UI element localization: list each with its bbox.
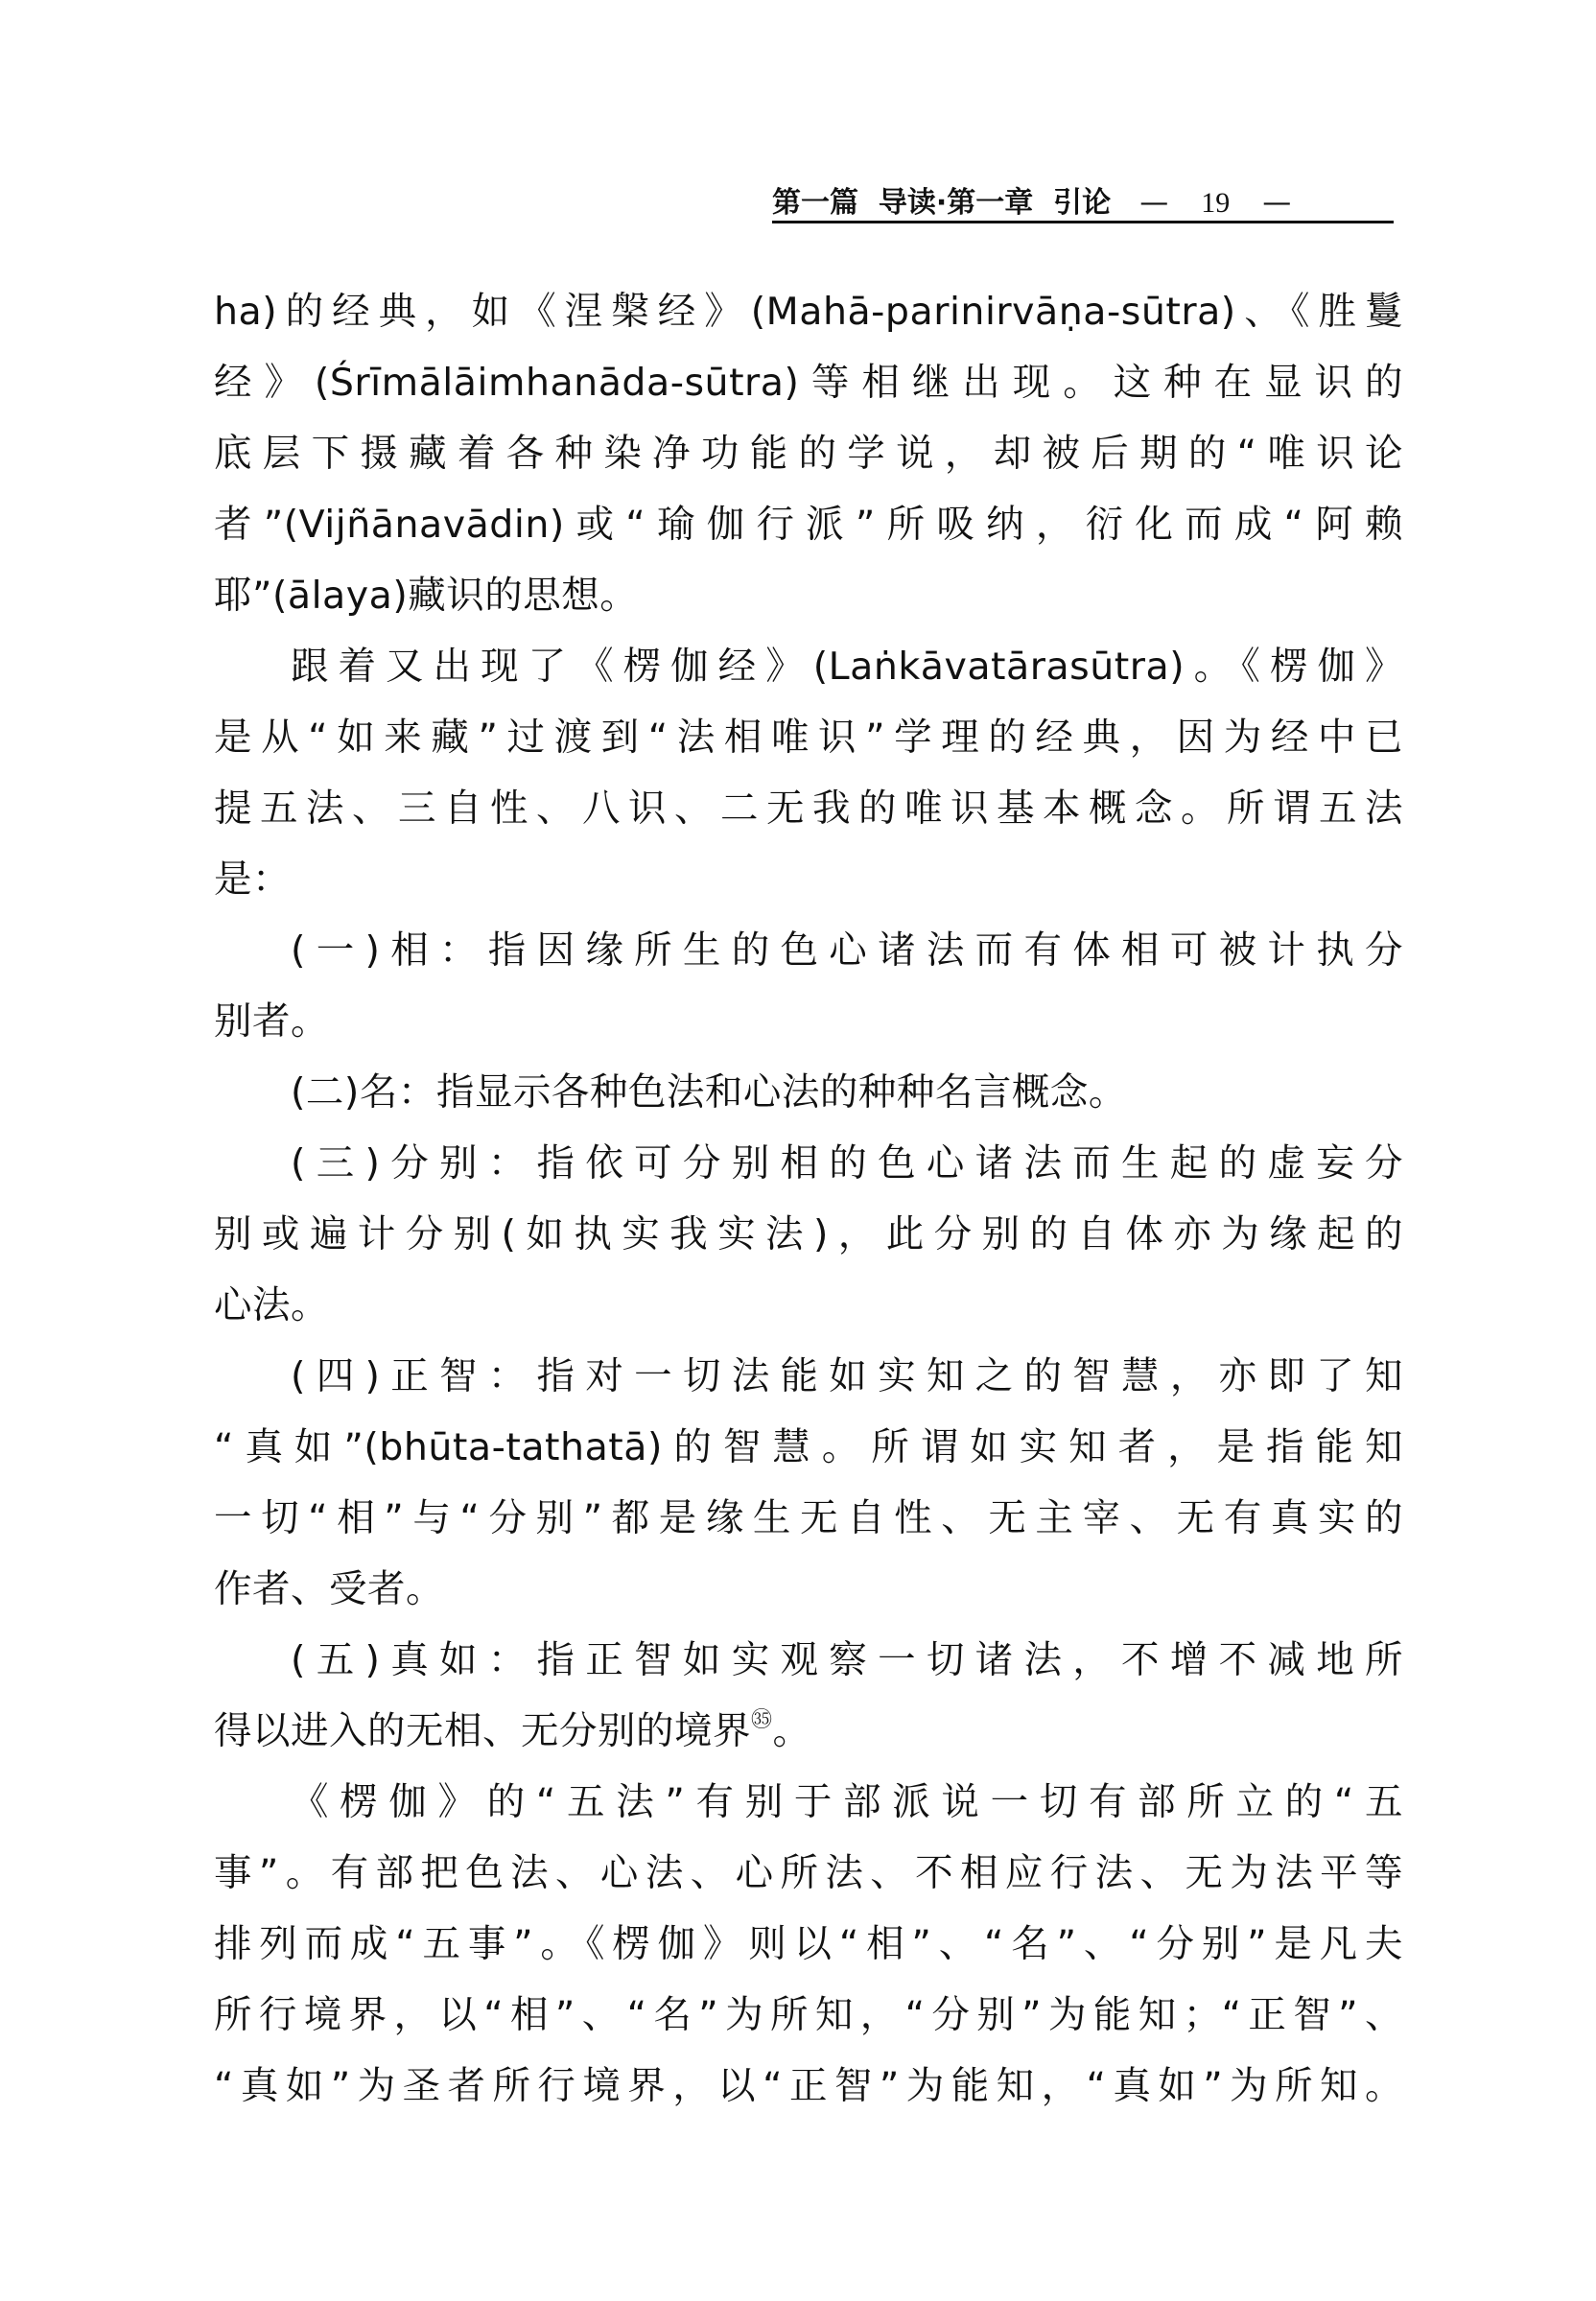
paragraph-lankavatara: 跟着又出现了《楞伽经》(Laṅkāvatārasūtra)。《楞伽》 是从“如来…	[214, 631, 1403, 915]
paragraph-five-dharmas-vs-five-things: 《楞伽》的“五法”有别于部派说一切有部所立的“五 事”。有部把色法、心法、心所法…	[214, 1767, 1403, 2122]
text-line: 作者、受者。	[214, 1554, 1403, 1625]
text-line: 跟着又出现了《楞伽经》(Laṅkāvatārasūtra)。《楞伽》	[214, 631, 1403, 702]
page-number-dash-right: —	[1262, 186, 1291, 221]
text-line: 是：	[214, 844, 1403, 915]
text-line: (一)相：指因缘所生的色心诸法而有体相可被计执分	[214, 915, 1403, 986]
list-item-ming: (二)名：指显示各种色法和心法的种种名言概念。	[214, 1057, 1403, 1128]
paragraph-alaya: ha)的经典，如《涅槃经》(Mahā-parinirvāṇa-sūtra)、《胜…	[214, 276, 1403, 631]
text-line: 底层下摄藏着各种染净功能的学说，却被后期的“唯识论	[214, 418, 1403, 489]
page-number-dash-left: —	[1139, 186, 1168, 221]
text-line: 别或遍计分别(如执实我实法)，此分别的自体亦为缘起的	[214, 1199, 1403, 1270]
text-line: 提五法、三自性、八识、二无我的唯识基本概念。所谓五法	[214, 773, 1403, 844]
chapter-title: 第一篇 导读·第一章 引论	[772, 186, 1111, 221]
text-line: 经》(Śrīmālāimhanāda-sūtra)等相继出现。这种在显识的	[214, 347, 1403, 418]
text-line: (三)分别：指依可分别相的色心诸法而生起的虚妄分	[214, 1128, 1403, 1199]
text-line: (二)名：指显示各种色法和心法的种种名言概念。	[214, 1057, 1403, 1128]
text-line: 事”。有部把色法、心法、心所法、不相应行法、无为法平等	[214, 1838, 1403, 1909]
list-item-fenbie: (三)分别：指依可分别相的色心诸法而生起的虚妄分 别或遍计分别(如执实我实法)，…	[214, 1128, 1403, 1341]
text-line: 得以进入的无相、无分别的境界㉟。	[214, 1696, 1403, 1767]
list-item-zhenru: (五)真如：指正智如实观察一切诸法，不增不减地所 得以进入的无相、无分别的境界㉟…	[214, 1625, 1403, 1767]
footnote-marker-35[interactable]: ㉟	[751, 1708, 773, 1732]
text-line: (四)正智：指对一切法能如实知之的智慧，亦即了知	[214, 1341, 1403, 1412]
text-line: 排列而成“五事”。《楞伽》则以“相”、“名”、“分别”是凡夫	[214, 1909, 1403, 1980]
text-line: “真如”为圣者所行境界，以“正智”为能知，“真如”为所知。	[214, 2051, 1403, 2122]
text-line: 是从“如来藏”过渡到“法相唯识”学理的经典，因为经中已	[214, 702, 1403, 773]
text-line: 一切“相”与“分别”都是缘生无自性、无主宰、无有真实的	[214, 1483, 1403, 1554]
list-item-zhengzhi: (四)正智：指对一切法能如实知之的智慧，亦即了知 “真如”(bhūta-tath…	[214, 1341, 1403, 1625]
page-number: 19	[1201, 186, 1230, 221]
text-line: 心法。	[214, 1270, 1403, 1341]
text-line: 别者。	[214, 986, 1403, 1057]
body-text: ha)的经典，如《涅槃经》(Mahā-parinirvāṇa-sūtra)、《胜…	[214, 276, 1403, 2122]
list-item-xiang: (一)相：指因缘所生的色心诸法而有体相可被计执分 别者。	[214, 915, 1403, 1057]
text-line: 所行境界，以“相”、“名”为所知，“分别”为能知；“正智”、	[214, 1980, 1403, 2051]
text-line-tail: 。	[773, 1709, 811, 1753]
running-header: 第一篇 导读·第一章 引论 — 19 —	[772, 182, 1394, 223]
text-line: “真如”(bhūta-tathatā)的智慧。所谓如实知者，是指能知	[214, 1412, 1403, 1483]
text-line-content: 得以进入的无相、无分别的境界	[214, 1709, 751, 1753]
text-line: 《楞伽》的“五法”有别于部派说一切有部所立的“五	[214, 1767, 1403, 1838]
text-line: 耶”(ālaya)藏识的思想。	[214, 560, 1403, 631]
text-line: 者”(Vijñānavādin)或“瑜伽行派”所吸纳，衍化而成“阿赖	[214, 489, 1403, 560]
text-line: ha)的经典，如《涅槃经》(Mahā-parinirvāṇa-sūtra)、《胜…	[214, 276, 1403, 347]
text-line: (五)真如：指正智如实观察一切诸法，不增不减地所	[214, 1625, 1403, 1696]
